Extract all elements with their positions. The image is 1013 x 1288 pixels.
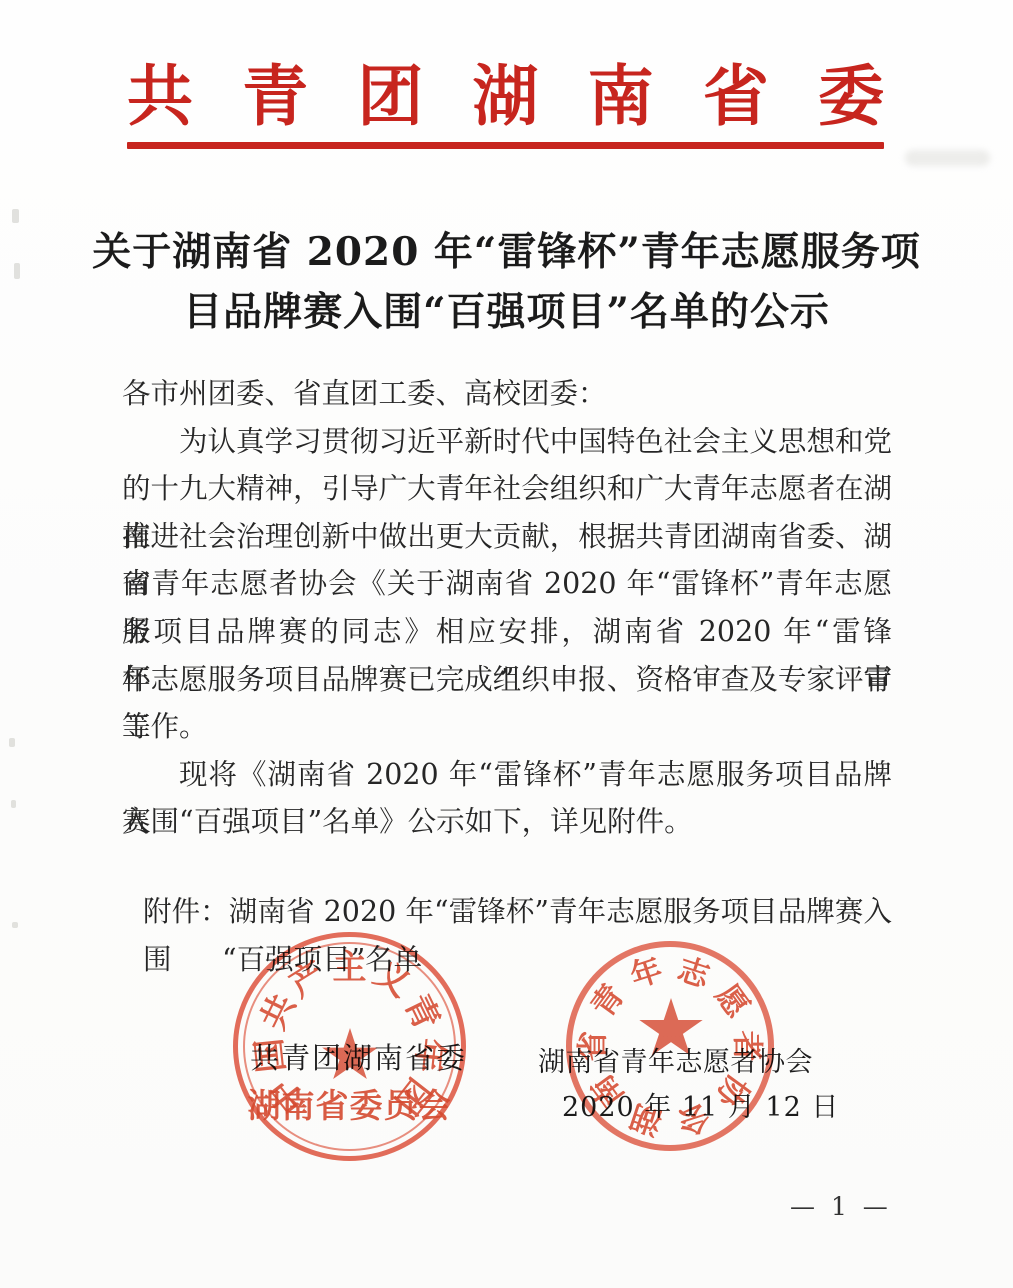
scan-smudge [905,150,990,166]
document-title-line-1: 关于湖南省 2020 年“雷锋杯”青年志愿服务项 [80,222,933,282]
paragraph-1-line: 省青年志愿者协会《关于湖南省 2020 年“雷锋杯”青年志愿服 [122,560,892,608]
document-body: 各市州团委、省直团工委、高校团委： 为认真学习贯彻习近平新时代中国特色社会主义思… [122,370,892,983]
paragraph-1-line: 务项目品牌赛的同志》相应安排，湖南省 2020 年“雷锋杯”青 [122,608,892,656]
paragraph-1-line: 推进社会治理创新中做出更大贡献，根据共青团湖南省委、湖南 [122,513,892,561]
attachment-line: “百强项目”名单 [122,936,892,984]
page-number: — 1 — [790,1192,892,1221]
signature-date: 2020 年 11 月 12 日 [562,1085,794,1124]
paragraph-2-line: 现将《湖南省 2020 年“雷锋杯”青年志愿服务项目品牌赛 [122,751,892,799]
letterhead-divider-rule [127,142,884,149]
scan-speck [14,263,20,279]
paragraph-1-line: 工作。 [122,703,892,751]
attachment-gap [122,846,892,888]
attachment-line: 附件：湖南省 2020 年“雷锋杯”青年志愿服务项目品牌赛入围 [122,888,892,936]
document-page: 共青团湖南省委 关于湖南省 2020 年“雷锋杯”青年志愿服务项 目品牌赛入围“… [0,0,1013,1288]
paragraph-1-line: 年志愿服务项目品牌赛已完成组织申报、资格审查及专家评审等 [122,656,892,704]
scan-speck [9,738,15,747]
seal-bottom-text: 湖南省委员会 [233,1080,466,1127]
scan-speck [12,209,19,223]
signature-right-org: 湖南省青年志愿者协会 [538,1040,813,1079]
scan-speck [11,800,16,808]
signature-left-org: 共青团湖南省委 [250,1036,467,1077]
scan-speck [12,922,18,928]
paragraph-2-line: 入围“百强项目”名单》公示如下，详见附件。 [122,798,892,846]
salutation: 各市州团委、省直团工委、高校团委： [122,370,892,418]
document-title: 关于湖南省 2020 年“雷锋杯”青年志愿服务项 目品牌赛入围“百强项目”名单的… [80,222,933,342]
letterhead-org-name: 共青团湖南省委 [127,56,884,136]
paragraph-1-line: 的十九大精神，引导广大青年社会组织和广大青年志愿者在湖南 [122,465,892,513]
document-title-line-2: 目品牌赛入围“百强项目”名单的公示 [80,282,933,342]
paragraph-1-line: 为认真学习贯彻习近平新时代中国特色社会主义思想和党 [122,418,892,466]
